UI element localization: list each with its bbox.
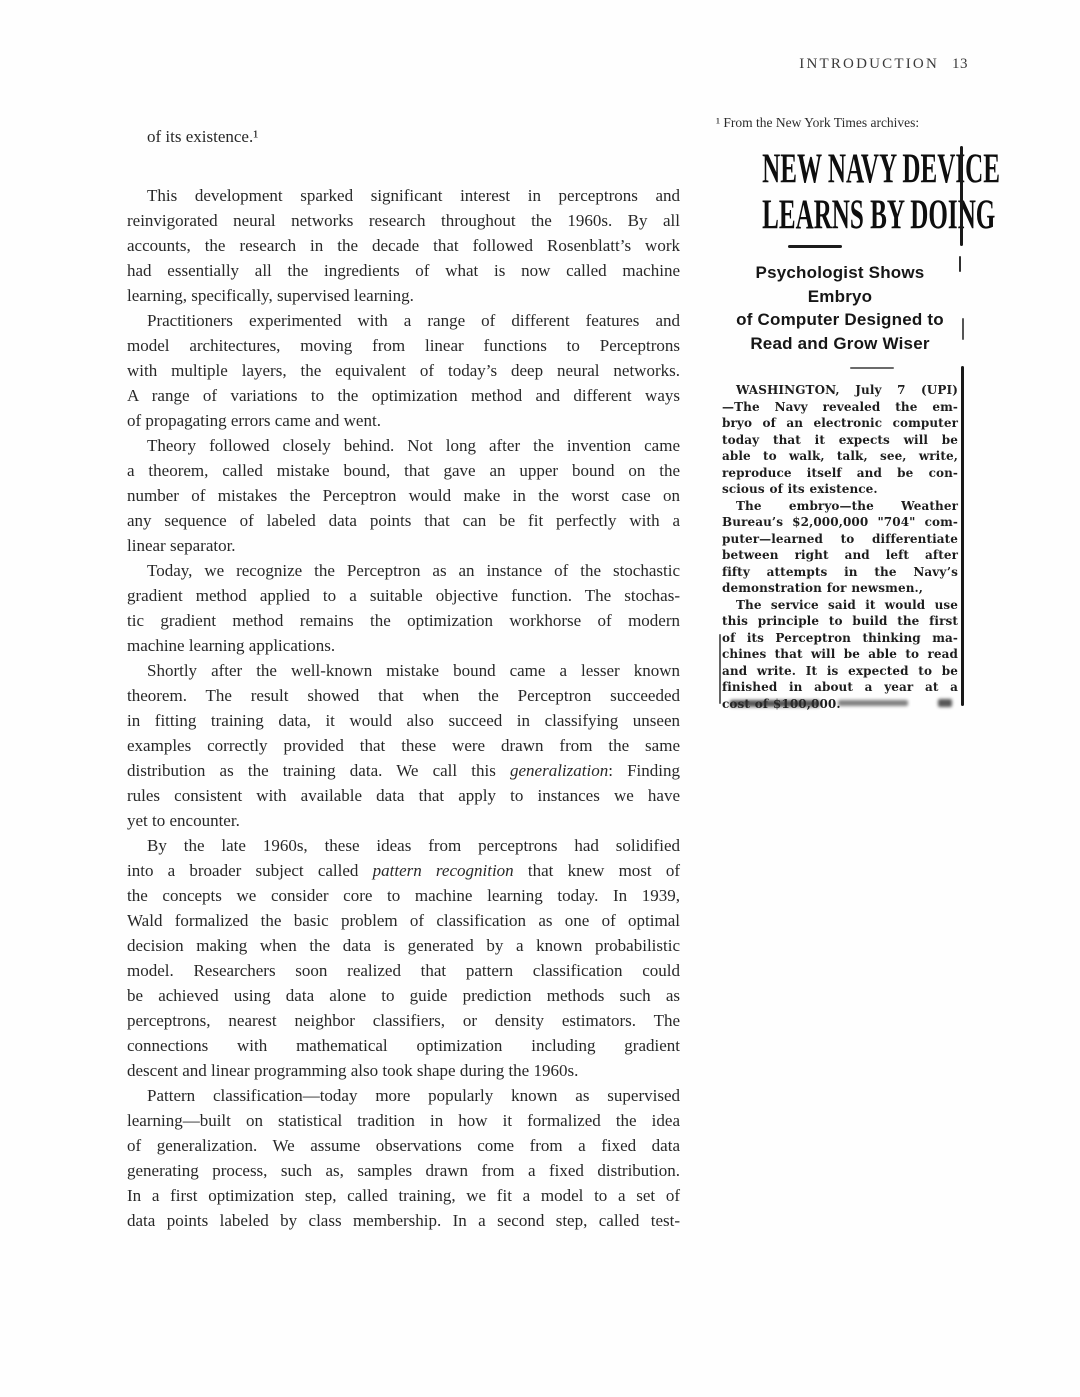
clipping-cutoff-smudge (938, 699, 952, 707)
book-page: INTRODUCTION13 of its existence.¹ This d… (0, 0, 1080, 1397)
text-line: linear separator. (127, 533, 680, 558)
text-line: puter—learned to differentiate (722, 531, 958, 548)
opening-line: of its existence.¹ (127, 124, 680, 149)
clipping-column-rule-tick (959, 256, 961, 272)
subhead-line: of Computer Designed to (722, 308, 958, 332)
text-line: A range of variations to the optimizatio… (127, 383, 680, 408)
text-line: of propagating errors came and went. (127, 408, 680, 433)
text-line: gradient method applied to a suitable ob… (127, 583, 680, 608)
text-line: with multiple layers, the equivalent of … (127, 358, 680, 383)
text-line: The service said it would use (722, 597, 958, 614)
paragraph: Shortly after the well-known mistake bou… (127, 658, 680, 833)
text-line: descent and linear programming also took… (127, 1058, 680, 1083)
text-line: theorem. The result showed that when the… (127, 683, 680, 708)
text-line: connections with mathematical optimizati… (127, 1033, 680, 1058)
text-line: model architectures, moving from linear … (127, 333, 680, 358)
text-line: Shortly after the well-known mistake bou… (127, 658, 680, 683)
page-number: 13 (952, 56, 968, 72)
clipping-headline-line2: LEARNS BY DOING (762, 189, 918, 241)
text-line: Today, we recognize the Perceptron as an… (127, 558, 680, 583)
text-line: learning—built on statistical tradition … (127, 1108, 680, 1133)
text-line: of its Perceptron thinking ma- (722, 630, 958, 647)
text-line: Theory followed closely behind. Not long… (127, 433, 680, 458)
text-line: model. Researchers soon realized that pa… (127, 958, 680, 983)
text-line: The embryo—the Weather (722, 498, 958, 515)
running-head: INTRODUCTION13 (0, 56, 968, 73)
clipping-column-rule-tick (962, 318, 964, 340)
text-line: finished in about a year at a (722, 679, 958, 696)
subhead-line: Read and Grow Wiser (722, 332, 958, 356)
margin-note: ¹ From the New York Times archives: (716, 114, 968, 131)
text-line: This development sparked significant int… (127, 183, 680, 208)
text-line: learning, specifically, supervised learn… (127, 283, 680, 308)
text-line: machine learning applications. (127, 633, 680, 658)
text-line: this principle to build the first (722, 613, 958, 630)
paragraph: WASHINGTON, July 7 (UPI)—The Navy reveal… (722, 382, 958, 498)
clipping-cutoff-smudge (730, 700, 820, 707)
text-line: between right and left after (722, 547, 958, 564)
headline-divider-rule (788, 245, 842, 248)
text-line: In a first optimization step, called tra… (127, 1183, 680, 1208)
text-line: any sequence of labeled data points that… (127, 508, 680, 533)
text-line: —The Navy revealed the em- (722, 399, 958, 416)
text-line: decision making when the data is generat… (127, 933, 680, 958)
text-line: a theorem, called mistake bound, that ga… (127, 458, 680, 483)
subhead-dash (850, 367, 894, 369)
text-line: into a broader subject called pattern re… (127, 858, 680, 883)
text-line: number of mistakes the Perceptron would … (127, 483, 680, 508)
text-line: and write. It is expected to be (722, 663, 958, 680)
subhead-line: Psychologist Shows Embryo (722, 261, 958, 308)
text-line: reproduce itself and be con- (722, 465, 958, 482)
text-line: of generalization. We assume observation… (127, 1133, 680, 1158)
text-line: reinvigorated neural networks research t… (127, 208, 680, 233)
text-line: generating process, such as, samples dra… (127, 1158, 680, 1183)
text-line: WASHINGTON, July 7 (UPI) (722, 382, 958, 399)
text-line: had essentially all the ingredients of w… (127, 258, 680, 283)
clipping-body: WASHINGTON, July 7 (UPI)—The Navy reveal… (722, 382, 958, 712)
clipping-cutoff-smudge (838, 700, 908, 706)
paragraph: By the late 1960s, these ideas from perc… (127, 833, 680, 1083)
text-line: examples correctly provided that these w… (127, 733, 680, 758)
text-line: yet to encounter. (127, 808, 680, 833)
paragraph: Pattern classification—today more popula… (127, 1083, 680, 1233)
paragraph: Today, we recognize the Perceptron as an… (127, 558, 680, 658)
text-line: chines that will be able to read (722, 646, 958, 663)
text-line: scious of its existence. (722, 481, 958, 498)
text-line: distribution as the training data. We ca… (127, 758, 680, 783)
text-line: today that it expects will be (722, 432, 958, 449)
text-line: fifty attempts in the Navy’s (722, 564, 958, 581)
paragraph: Practitioners experimented with a range … (127, 308, 680, 433)
body-paragraphs: This development sparked significant int… (127, 183, 680, 1233)
text-line: data points labeled by class membership.… (127, 1208, 680, 1233)
text-line: be achieved using data alone to guide pr… (127, 983, 680, 1008)
text-line: Practitioners experimented with a range … (127, 308, 680, 333)
clipping-column-rule-headline (960, 146, 963, 246)
news-clipping: NEW NAVY DEVICE LEARNS BY DOING Psycholo… (722, 146, 958, 712)
chapter-title: INTRODUCTION (799, 56, 939, 72)
main-text-column: of its existence.¹ This development spar… (127, 124, 680, 1233)
text-line: Bureau’s $2,000,000 "704" com- (722, 514, 958, 531)
text-line: rules consistent with available data tha… (127, 783, 680, 808)
text-line: Wald formalized the basic problem of cla… (127, 908, 680, 933)
clipping-subhead: Psychologist Shows Embryo of Computer De… (722, 261, 958, 355)
text-line: in fitting training data, it would also … (127, 708, 680, 733)
paragraph: The service said it would usethis princi… (722, 597, 958, 713)
paragraph: Theory followed closely behind. Not long… (127, 433, 680, 558)
text-line: By the late 1960s, these ideas from perc… (127, 833, 680, 858)
text-line: able to walk, talk, see, write, (722, 448, 958, 465)
text-line: Pattern classification—today more popula… (127, 1083, 680, 1108)
text-line: the concepts we consider core to machine… (127, 883, 680, 908)
text-line: tic gradient method remains the optimiza… (127, 608, 680, 633)
paragraph: This development sparked significant int… (127, 183, 680, 308)
clipping-headline-line1: NEW NAVY DEVICE (762, 143, 918, 195)
paragraph: The embryo—the WeatherBureau’s $2,000,00… (722, 498, 958, 597)
text-line: demonstration for newsmen., (722, 580, 958, 597)
text-line: perceptrons, nearest neighbor classifier… (127, 1008, 680, 1033)
clipping-column-rule-right (961, 366, 964, 706)
clipping-column-rule-left (719, 634, 721, 704)
text-line: accounts, the research in the decade tha… (127, 233, 680, 258)
text-line: bryo of an electronic computer (722, 415, 958, 432)
